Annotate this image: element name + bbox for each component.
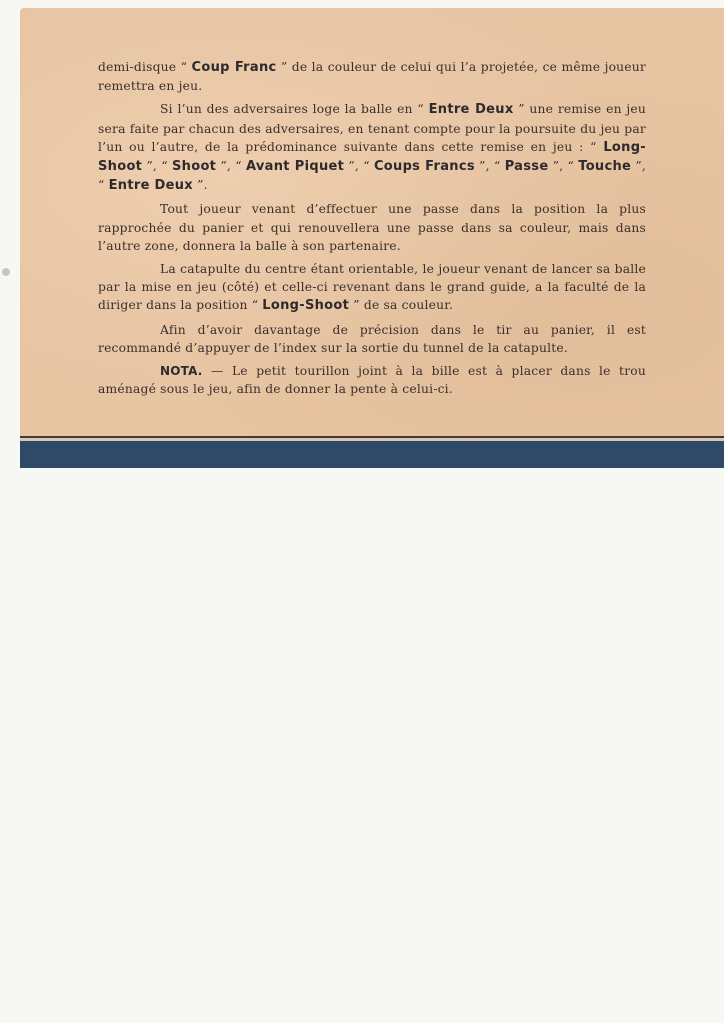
keyword: Coups Francs <box>374 159 475 174</box>
nota-label: NOTA. <box>160 364 203 378</box>
text-run: Tout joueur venant d’effectuer une passe… <box>98 202 646 252</box>
paragraph-p3: Tout joueur venant d’effectuer une passe… <box>98 200 646 255</box>
paragraph-p4: La catapulte du centre étant orientable,… <box>98 260 646 316</box>
keyword: Touche <box>578 159 631 174</box>
keyword: Shoot <box>172 159 216 174</box>
paragraph-p2: Si l’un des adversaires loge la balle en… <box>98 100 646 195</box>
text-run: ”, “ <box>475 159 505 173</box>
paragraph-p6: NOTA. — Le petit tourillon joint à la bi… <box>98 362 646 398</box>
keyword: Passe <box>505 159 549 174</box>
text-run: ”, “ <box>142 159 172 173</box>
rules-text: demi-disque “ Coup Franc ” de la couleur… <box>98 58 646 403</box>
blue-footer-band <box>20 441 724 468</box>
paragraph-p5: Afin d’avoir davantage de précision dans… <box>98 321 646 357</box>
keyword: Coup Franc <box>192 60 277 75</box>
text-run: ” de sa couleur. <box>349 298 453 312</box>
paragraph-p1: demi-disque “ Coup Franc ” de la couleur… <box>98 58 646 95</box>
text-run: Si l’un des adversaires loge la balle en… <box>160 102 429 116</box>
text-run: Afin d’avoir davantage de précision dans… <box>98 323 646 355</box>
text-run: ”. <box>193 178 208 192</box>
scan-speck <box>2 268 10 276</box>
keyword: Entre Deux <box>429 102 514 117</box>
keyword: Long-Shoot <box>262 298 349 313</box>
keyword: Entre Deux <box>109 178 193 193</box>
text-run: ”, “ <box>344 159 374 173</box>
text-run: ”, “ <box>548 159 578 173</box>
text-run: ”, “ <box>216 159 246 173</box>
keyword: Avant Piquet <box>246 159 344 174</box>
text-run: demi-disque “ <box>98 60 192 74</box>
